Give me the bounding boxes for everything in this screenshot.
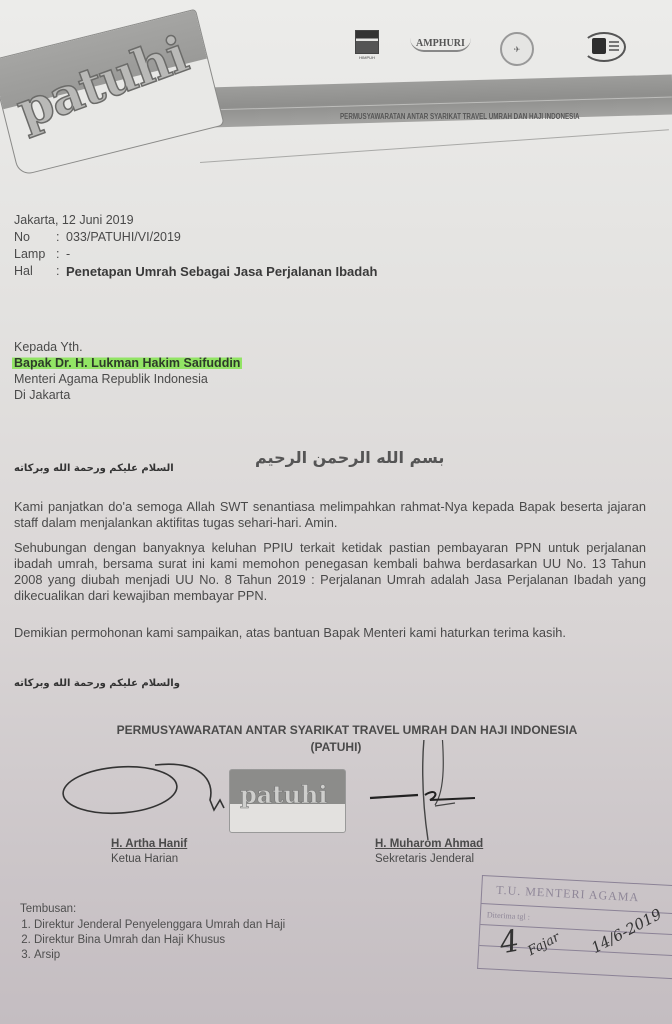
meta-label: No (14, 229, 56, 246)
kaaba-lines (609, 41, 619, 51)
kesthuri-logo (582, 32, 626, 62)
kaaba-cube (592, 38, 606, 54)
paragraph-opening: Kami panjatkan do'a semoga Allah SWT sen… (14, 499, 646, 531)
attachment-value: - (66, 246, 70, 263)
meta-sep: : (56, 229, 66, 246)
signatory-position: Sekretaris Jenderal (375, 852, 483, 867)
recipient-block: Kepada Yth. Bapak Dr. H. Lukman Hakim Sa… (14, 339, 242, 403)
signatory-left: H. Artha Hanif Ketua Harian (111, 837, 187, 867)
cc-list: Tembusan: Direktur Jenderal Penyelenggar… (20, 902, 285, 963)
meta-sep: : (56, 263, 66, 280)
paragraph-closing: Demikian permohonan kami sampaikan, atas… (14, 625, 646, 641)
org-tagline: PERMUSYAWARATAN ANTAR SYARIKAT TRAVEL UM… (340, 112, 580, 121)
letter-meta: Jakarta, 12 Juni 2019 No : 033/PATUHI/VI… (14, 212, 377, 280)
cc-item: Arsip (34, 948, 285, 963)
greeting-arabic: السلام عليكم ورحمة الله وبركاته (14, 463, 174, 474)
himpuh-logo: HIMPUH (355, 30, 379, 60)
signatory-position: Ketua Harian (111, 852, 187, 867)
place-date: Jakarta, 12 Juni 2019 (14, 212, 377, 229)
meta-label: Lamp (14, 246, 56, 263)
amphuri-logo: AMPHURI (410, 38, 471, 52)
letter-subject: Penetapan Umrah Sebagai Jasa Perjalanan … (66, 263, 377, 280)
cc-item: Direktur Bina Umrah dan Haji Khusus (34, 933, 285, 948)
patuhi-stamp: patuhi (229, 769, 346, 833)
closing-arabic: والسلام عليكم ورحمة الله وبركاته (14, 678, 180, 689)
cc-label: Tembusan: (20, 902, 285, 917)
basmalah-calligraphy: بسم الله الرحمن الرحيم (255, 448, 444, 467)
himpuh-caption: HIMPUH (359, 55, 375, 60)
himpuh-emblem-icon (355, 30, 379, 54)
asphurindo-logo: ✈ (500, 32, 534, 66)
meta-sep: : (56, 246, 66, 263)
header-rule (200, 129, 669, 163)
signature-org-name: PERMUSYAWARATAN ANTAR SYARIKAT TRAVEL UM… (0, 722, 672, 739)
cc-item: Direktur Jenderal Penyelenggara Umrah da… (34, 918, 285, 933)
meta-row-attachment: Lamp : - (14, 246, 377, 263)
meta-label: Hal (14, 263, 56, 280)
letter-number: 033/PATUHI/VI/2019 (66, 229, 181, 246)
kaaba-icon (582, 32, 626, 62)
signatory-name: H. Muharom Ahmad (375, 837, 483, 852)
recipient-salutation: Kepada Yth. (14, 339, 242, 355)
partner-logos: HIMPUH AMPHURI ✈ (350, 30, 640, 70)
patuhi-logo: patuhi (0, 9, 225, 177)
meta-row-subject: Hal : Penetapan Umrah Sebagai Jasa Perja… (14, 263, 377, 280)
asphurindo-seal-icon: ✈ (500, 32, 534, 66)
stamp-text: patuhi (240, 780, 327, 809)
recipient-title: Menteri Agama Republik Indonesia (14, 371, 242, 387)
amphuri-wordmark: AMPHURI (410, 38, 471, 52)
recipient-name: Bapak Dr. H. Lukman Hakim Saifuddin (12, 356, 242, 370)
meta-row-number: No : 033/PATUHI/VI/2019 (14, 229, 377, 246)
recipient-location: Di Jakarta (14, 387, 242, 403)
paragraph-request: Sehubungan dengan banyaknya keluhan PPIU… (14, 540, 646, 604)
signatory-right: H. Muharom Ahmad Sekretaris Jenderal (375, 837, 483, 867)
signatory-name: H. Artha Hanif (111, 837, 187, 852)
